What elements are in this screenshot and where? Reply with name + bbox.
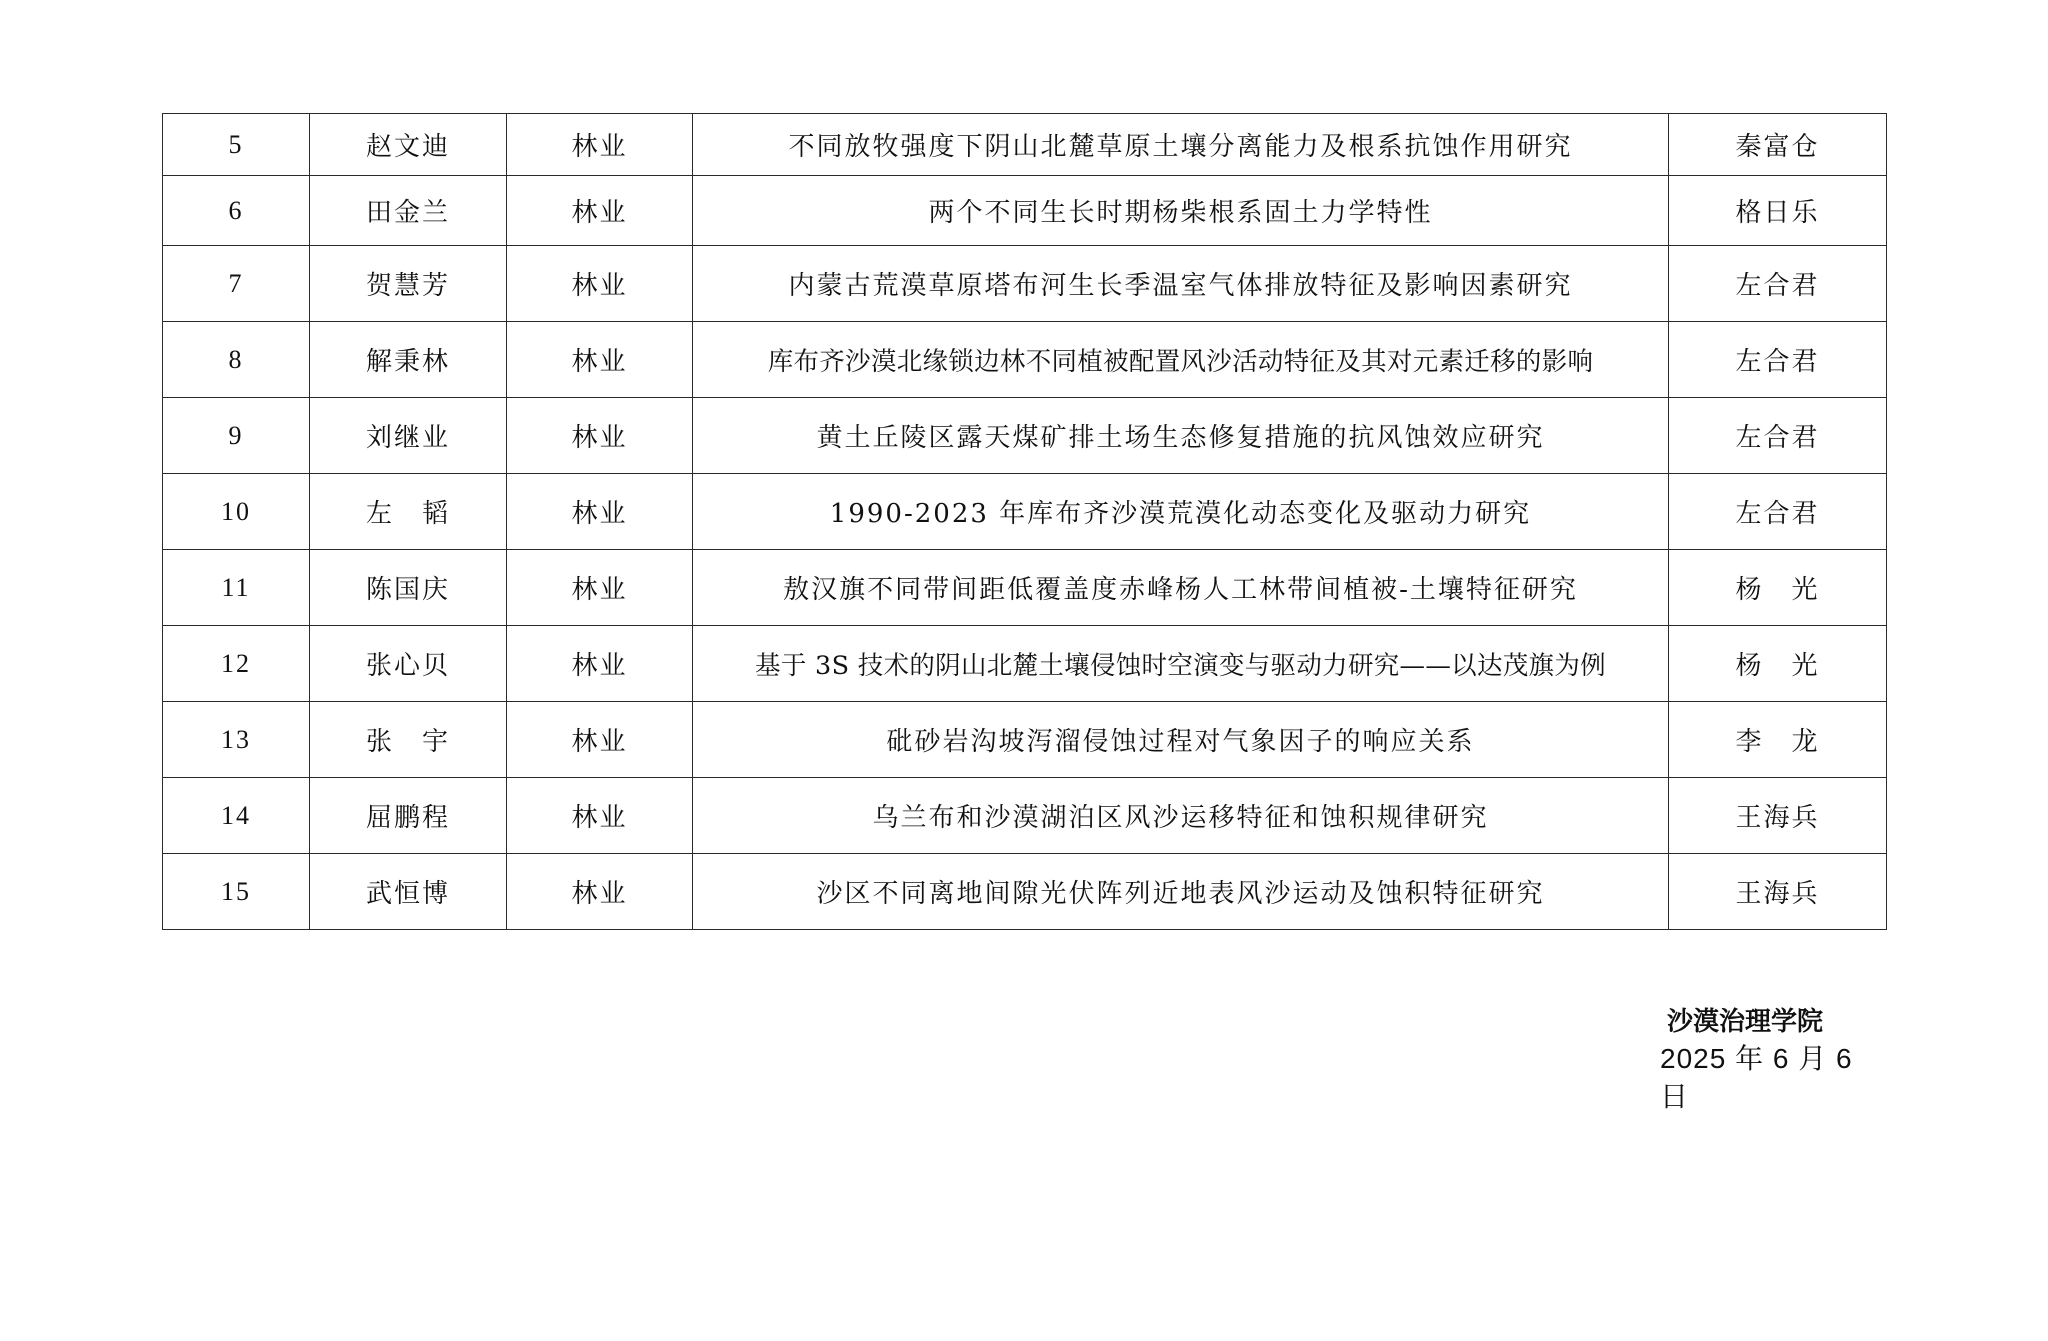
signature-block: 沙漠治理学院 2025 年 6 月 6 日: [1650, 1004, 1890, 1116]
thesis-title: 黄土丘陵区露天煤矿排土场生态修复措施的抗风蚀效应研究: [693, 398, 1669, 474]
table-row: 14 屈鹏程 林业 乌兰布和沙漠湖泊区风沙运移特征和蚀积规律研究 王海兵: [163, 778, 1887, 854]
thesis-roster-table: 5 赵文迪 林业 不同放牧强度下阴山北麓草原土壤分离能力及根系抗蚀作用研究 秦富…: [162, 113, 1887, 930]
advisor-name: 左合君: [1669, 246, 1887, 322]
row-number: 9: [163, 398, 310, 474]
row-number: 10: [163, 474, 310, 550]
row-number: 8: [163, 322, 310, 398]
advisor-name: 左合君: [1669, 322, 1887, 398]
table-row: 11 陈国庆 林业 敖汉旗不同带间距低覆盖度赤峰杨人工林带间植被-土壤特征研究 …: [163, 550, 1887, 626]
table-row: 10 左 韬 林业 1990-2023 年库布齐沙漠荒漠化动态变化及驱动力研究 …: [163, 474, 1887, 550]
advisor-name: 左合君: [1669, 398, 1887, 474]
row-number: 11: [163, 550, 310, 626]
advisor-name: 王海兵: [1669, 854, 1887, 930]
student-name: 屈鹏程: [310, 778, 507, 854]
thesis-title: 沙区不同离地间隙光伏阵列近地表风沙运动及蚀积特征研究: [693, 854, 1669, 930]
thesis-title: 敖汉旗不同带间距低覆盖度赤峰杨人工林带间植被-土壤特征研究: [693, 550, 1669, 626]
major: 林业: [507, 114, 693, 176]
table-row: 6 田金兰 林业 两个不同生长时期杨柴根系固土力学特性 格日乐: [163, 176, 1887, 246]
row-number: 12: [163, 626, 310, 702]
thesis-title: 1990-2023 年库布齐沙漠荒漠化动态变化及驱动力研究: [693, 474, 1669, 550]
advisor-name: 王海兵: [1669, 778, 1887, 854]
major: 林业: [507, 176, 693, 246]
major: 林业: [507, 778, 693, 854]
row-number: 15: [163, 854, 310, 930]
thesis-title: 不同放牧强度下阴山北麓草原土壤分离能力及根系抗蚀作用研究: [693, 114, 1669, 176]
student-name: 陈国庆: [310, 550, 507, 626]
row-number: 6: [163, 176, 310, 246]
table-row: 15 武恒博 林业 沙区不同离地间隙光伏阵列近地表风沙运动及蚀积特征研究 王海兵: [163, 854, 1887, 930]
major: 林业: [507, 702, 693, 778]
table-row: 12 张心贝 林业 基于 3S 技术的阴山北麓土壤侵蚀时空演变与驱动力研究——以…: [163, 626, 1887, 702]
advisor-name: 秦富仓: [1669, 114, 1887, 176]
major: 林业: [507, 246, 693, 322]
issue-date: 2025 年 6 月 6 日: [1650, 1040, 1890, 1116]
advisor-name: 杨 光: [1669, 550, 1887, 626]
student-name: 左 韬: [310, 474, 507, 550]
student-name: 赵文迪: [310, 114, 507, 176]
thesis-title: 库布齐沙漠北缘锁边林不同植被配置风沙活动特征及其对元素迁移的影响: [693, 322, 1669, 398]
table-row: 9 刘继业 林业 黄土丘陵区露天煤矿排土场生态修复措施的抗风蚀效应研究 左合君: [163, 398, 1887, 474]
student-name: 田金兰: [310, 176, 507, 246]
row-number: 14: [163, 778, 310, 854]
major: 林业: [507, 322, 693, 398]
major: 林业: [507, 550, 693, 626]
table-row: 8 解秉林 林业 库布齐沙漠北缘锁边林不同植被配置风沙活动特征及其对元素迁移的影…: [163, 322, 1887, 398]
row-number: 13: [163, 702, 310, 778]
row-number: 5: [163, 114, 310, 176]
student-name: 贺慧芳: [310, 246, 507, 322]
advisor-name: 左合君: [1669, 474, 1887, 550]
table-row: 7 贺慧芳 林业 内蒙古荒漠草原塔布河生长季温室气体排放特征及影响因素研究 左合…: [163, 246, 1887, 322]
thesis-title: 乌兰布和沙漠湖泊区风沙运移特征和蚀积规律研究: [693, 778, 1669, 854]
table-row: 5 赵文迪 林业 不同放牧强度下阴山北麓草原土壤分离能力及根系抗蚀作用研究 秦富…: [163, 114, 1887, 176]
thesis-title: 砒砂岩沟坡泻溜侵蚀过程对气象因子的响应关系: [693, 702, 1669, 778]
student-name: 解秉林: [310, 322, 507, 398]
student-name: 武恒博: [310, 854, 507, 930]
student-name: 张心贝: [310, 626, 507, 702]
advisor-name: 杨 光: [1669, 626, 1887, 702]
major: 林业: [507, 474, 693, 550]
student-name: 刘继业: [310, 398, 507, 474]
issuing-organization: 沙漠治理学院: [1650, 1004, 1890, 1040]
major: 林业: [507, 626, 693, 702]
advisor-name: 李 龙: [1669, 702, 1887, 778]
major: 林业: [507, 398, 693, 474]
document-page: 5 赵文迪 林业 不同放牧强度下阴山北麓草原土壤分离能力及根系抗蚀作用研究 秦富…: [0, 0, 2048, 1341]
thesis-title: 内蒙古荒漠草原塔布河生长季温室气体排放特征及影响因素研究: [693, 246, 1669, 322]
row-number: 7: [163, 246, 310, 322]
major: 林业: [507, 854, 693, 930]
thesis-title: 基于 3S 技术的阴山北麓土壤侵蚀时空演变与驱动力研究——以达茂旗为例: [693, 626, 1669, 702]
thesis-title: 两个不同生长时期杨柴根系固土力学特性: [693, 176, 1669, 246]
advisor-name: 格日乐: [1669, 176, 1887, 246]
table-row: 13 张 宇 林业 砒砂岩沟坡泻溜侵蚀过程对气象因子的响应关系 李 龙: [163, 702, 1887, 778]
student-name: 张 宇: [310, 702, 507, 778]
